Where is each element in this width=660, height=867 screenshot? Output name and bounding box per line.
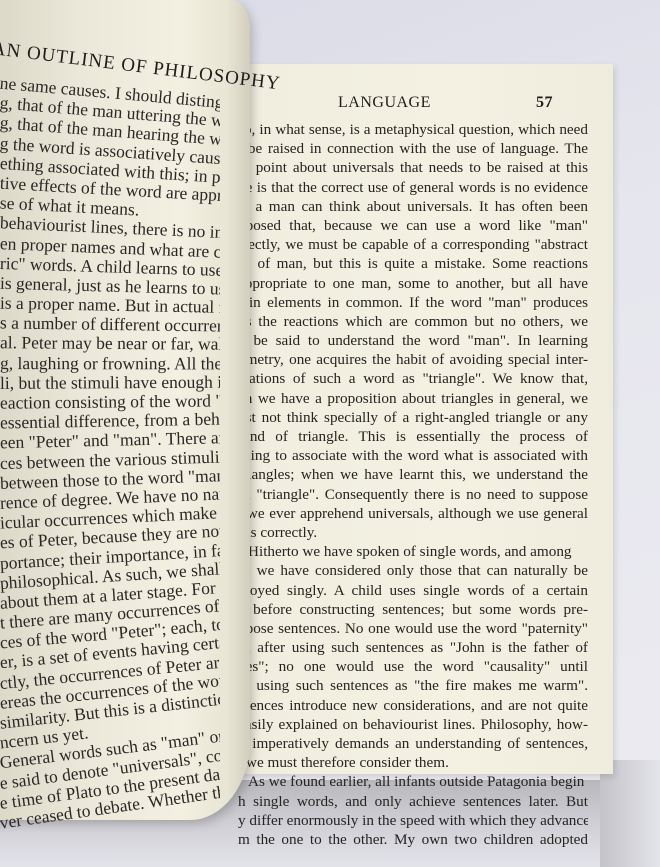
text-line: ust not think specially of a right-angle… — [238, 408, 588, 427]
text-line: a" of man, but this is quite a mistake. … — [238, 254, 588, 273]
text-line: appropriate to one man, some to another,… — [238, 274, 588, 293]
text-line: l we must therefore consider them. — [238, 753, 588, 772]
text-line: g, laughing or frowning. All these pro — [0, 353, 220, 374]
text-line: etations of such a word as "triangle". W… — [238, 369, 588, 388]
text-line: easily explained on behaviourist lines. … — [238, 715, 588, 734]
text-line: t be raised in connection with the use o… — [238, 139, 588, 158]
text-line: m the one to the other. My own two child… — [238, 830, 588, 849]
text-line: at a man can think about universals. It … — [238, 197, 588, 216]
text-line: triangles; when we have learnt this, we … — [238, 465, 588, 484]
text-line: us the reactions which are common but no… — [238, 312, 588, 331]
right-page-header: LANGUAGE 57 — [226, 94, 613, 114]
text-line: ployed singly. A child uses single words… — [238, 581, 588, 600]
text-line: tain elements in common. If the word "ma… — [238, 293, 588, 312]
text-line: al. Peter may be near or far, walking — [0, 332, 220, 354]
text-line: se we have considered only those that ca… — [238, 561, 588, 580]
right-page-body: so, in what sense, is a metaphysical que… — [238, 120, 588, 849]
text-line: er using such sentences as "the fire mak… — [238, 676, 588, 695]
right-page: LANGUAGE 57 so, in what sense, is a meta… — [226, 64, 613, 774]
text-line: r, imperatively demands an understanding… — [238, 734, 588, 753]
text-line: til after using such sentences as "John … — [238, 638, 588, 657]
text-line: rning to associate with the word what is… — [238, 446, 588, 465]
text-line: Hitherto we have spoken of single words,… — [238, 542, 588, 561]
text-line: ly point about universals that needs to … — [238, 158, 588, 177]
text-line: rrectly, we must be capable of a corresp… — [238, 235, 588, 254]
text-line: ge is that the correct use of general wo… — [238, 178, 588, 197]
text-line: t we ever apprehend universals, although… — [238, 504, 588, 523]
text-line: As we found earlier, all infants outside… — [238, 772, 588, 791]
text-line: d before constructing sentences; but som… — [238, 600, 588, 619]
text-line: rd "triangle". Consequently there is no … — [238, 485, 588, 504]
text-line: y differ enormously in the speed with wh… — [238, 811, 588, 830]
text-line: en we have a proposition about triangles… — [238, 389, 588, 408]
text-line: ppose sentences. No one would use the wo… — [238, 619, 588, 638]
text-line: ometry, one acquires the habit of avoidi… — [238, 350, 588, 369]
page-number: 57 — [536, 94, 553, 112]
text-line: y be said to understand the word "man". … — [238, 331, 588, 350]
text-line: ntences introduce new considerations, an… — [238, 696, 588, 715]
left-page: AN OUTLINE OF PHILOSOPHY ne same causes.… — [0, 0, 250, 820]
text-line: nes"; no one would use the word "causali… — [238, 657, 588, 676]
book-shadow — [600, 760, 660, 867]
text-line: h single words, and only achieve sentenc… — [238, 792, 588, 811]
left-page-body: ne same causes. I should distinguishg, t… — [0, 70, 220, 830]
running-head-language: LANGUAGE — [338, 94, 431, 112]
text-line: pposed that, because we can use a word l… — [238, 216, 588, 235]
text-line: so, in what sense, is a metaphysical que… — [238, 120, 588, 139]
text-line: rds correctly. — [238, 523, 588, 542]
text-line: kind of triangle. This is essentially th… — [238, 427, 588, 446]
